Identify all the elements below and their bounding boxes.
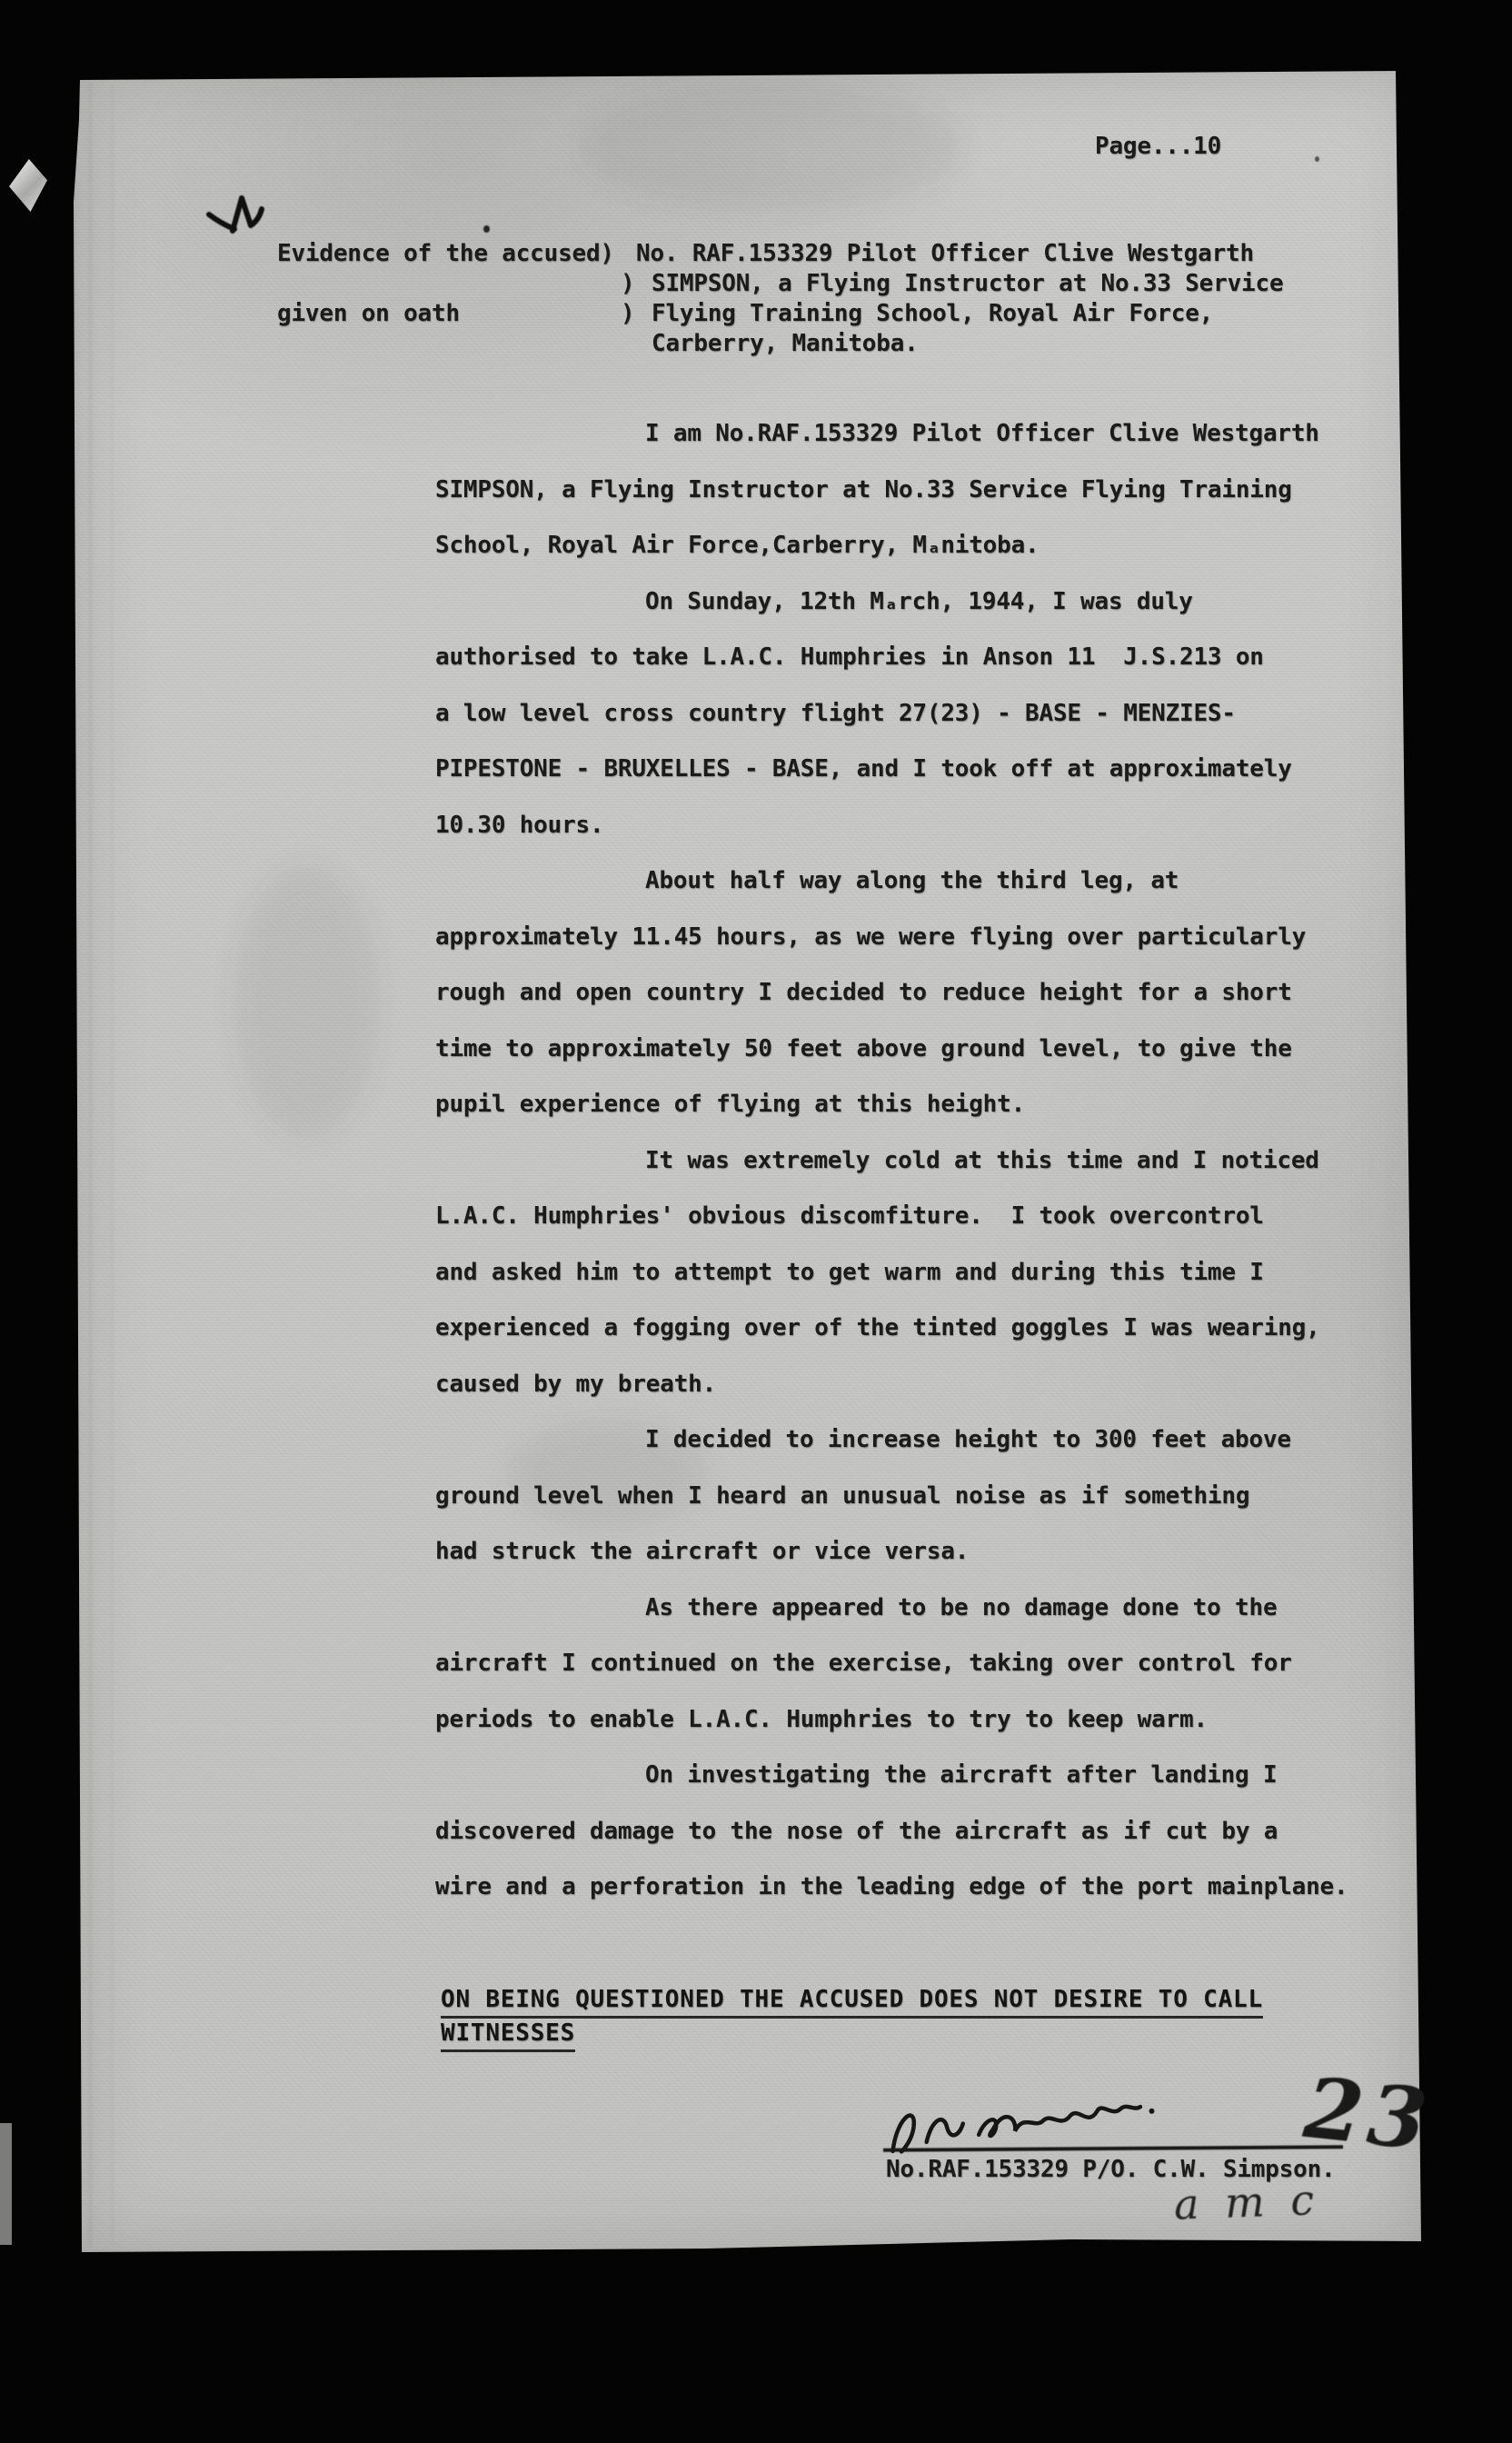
- header-right-line: SIMPSON, a Flying Instructor at No.33 Se…: [652, 268, 1283, 299]
- body-text-line: On investigating the aircraft after land…: [435, 1748, 1417, 1804]
- ink-speck: [1315, 156, 1319, 162]
- film-artifact-diamond: [9, 159, 47, 212]
- body-text-line: ground level when I heard an unusual noi…: [435, 1469, 1417, 1525]
- body-text-line: SIMPSON, a Flying Instructor at No.33 Se…: [435, 463, 1417, 519]
- body-text-line: and asked him to attempt to get warm and…: [435, 1245, 1417, 1301]
- body-text-line: authorised to take L.A.C. Humphries in A…: [435, 630, 1417, 686]
- page-number: Page...10: [1095, 133, 1221, 160]
- closing-line: ON BEING QUESTIONED THE ACCUSED DOES NOT…: [441, 1985, 1263, 2019]
- fold-line: [89, 84, 92, 2247]
- smudge: [580, 84, 961, 211]
- body-text-line: rough and open country I decided to redu…: [435, 965, 1417, 1022]
- body-text-line: a low level cross country flight 27(23) …: [435, 686, 1417, 743]
- statement-body: I am No.RAF.153329 Pilot Officer Clive W…: [435, 406, 1417, 1916]
- body-text-line: aircraft I continued on the exercise, ta…: [435, 1636, 1417, 1692]
- scanned-document-page: Page...10 Evidence of the accused) given…: [0, 0, 1512, 2443]
- header-right-line: No. RAF.153329 Pilot Officer Clive Westg…: [636, 238, 1254, 269]
- body-text-line: experienced a fogging over of the tinted…: [435, 1301, 1417, 1357]
- film-edge-strip: [0, 2123, 12, 2245]
- body-text-line: had struck the aircraft or vice versa.: [435, 1524, 1417, 1580]
- body-text-line: About half way along the third leg, at: [435, 853, 1417, 910]
- header-left-label: Evidence of the accused): [277, 238, 614, 269]
- body-text-line: I decided to increase height to 300 feet…: [435, 1412, 1417, 1469]
- handwritten-exhibit-number: 23: [1300, 2059, 1437, 2169]
- header-right-line: Carberry, Manitoba.: [652, 328, 919, 359]
- ink-speck: [483, 225, 490, 233]
- closing-line: WITNESSES: [441, 2019, 1263, 2052]
- body-text-line: caused by my breath.: [435, 1357, 1417, 1413]
- body-text-line: L.A.C. Humphries' obvious discomfiture. …: [435, 1189, 1417, 1245]
- handwritten-signature: [865, 2076, 1210, 2167]
- body-text-line: On Sunday, 12th Mₐrch, 1944, I was duly: [435, 574, 1417, 631]
- brace-glyph: ): [621, 268, 634, 299]
- body-text-line: 10.30 hours.: [435, 798, 1417, 854]
- handwritten-initials: a m c: [1173, 2175, 1321, 2229]
- body-text-line: I am No.RAF.153329 Pilot Officer Clive W…: [435, 406, 1417, 463]
- body-text-line: time to approximately 50 feet above grou…: [435, 1022, 1417, 1078]
- fold-line: [111, 84, 114, 2247]
- body-text-line: periods to enable L.A.C. Humphries to tr…: [435, 1692, 1417, 1749]
- header-right-line: Flying Training School, Royal Air Force,: [652, 298, 1213, 329]
- body-text-line: School, Royal Air Force,Carberry, Mₐnito…: [435, 518, 1417, 574]
- body-text-line: PIPESTONE - BRUXELLES - BASE, and I took…: [435, 742, 1417, 798]
- closing-statement: ON BEING QUESTIONED THE ACCUSED DOES NOT…: [441, 1985, 1263, 2052]
- smudge: [234, 865, 380, 1138]
- body-text-line: approximately 11.45 hours, as we were fl…: [435, 910, 1417, 966]
- brace-glyph: ): [621, 298, 634, 329]
- header-left-label: given on oath: [277, 298, 460, 329]
- body-text-line: discovered damage to the nose of the air…: [435, 1804, 1417, 1860]
- body-text-line: wire and a perforation in the leading ed…: [435, 1860, 1417, 1916]
- body-text-line: As there appeared to be no damage done t…: [435, 1580, 1417, 1637]
- body-text-line: It was extremely cold at this time and I…: [435, 1133, 1417, 1190]
- ink-scribble-mark: [202, 187, 267, 242]
- body-text-line: pupil experience of flying at this heigh…: [435, 1077, 1417, 1133]
